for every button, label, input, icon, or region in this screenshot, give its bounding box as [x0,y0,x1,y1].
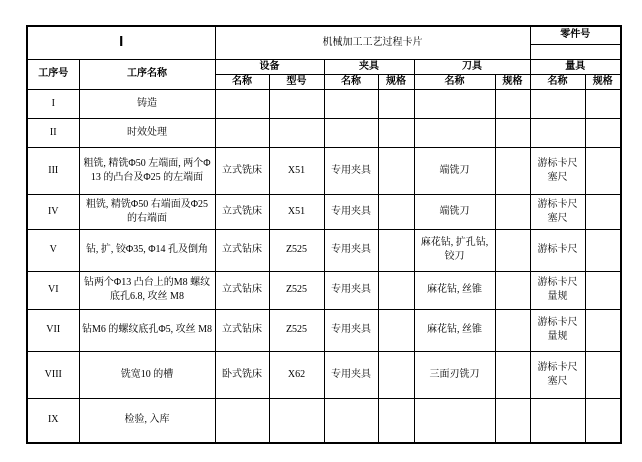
cell-equipment-model: Z525 [269,309,324,351]
cell-gauge-name [530,89,585,118]
cell-equipment-name [215,89,269,118]
cell-fixture-name: 专用夹具 [324,271,378,309]
cell-gauge-name: 游标卡尺 量规 [530,309,585,351]
cell-no: III [27,147,79,194]
cell-tool-name: 三面刃铣刀 [414,351,495,398]
cell-tool-name [414,89,495,118]
col-header-process-no: 工序号 [27,59,79,89]
cell-equipment-name: 卧式铣床 [215,351,269,398]
cell-equipment-model: X62 [269,351,324,398]
cell-equipment-model: Z525 [269,271,324,309]
table-header: I 机械加工工艺过程卡片 零件号 工序号 工序名称 设备 夹具 刀具 量具 名称… [27,26,621,89]
col-header-process-name: 工序名称 [79,59,215,89]
table-row: IX检验, 入库 [27,398,621,443]
cell-fixture-spec [378,351,414,398]
col-group-fixture: 夹具 [324,59,414,74]
cell-name: 检验, 入库 [79,398,215,443]
cell-equipment-name: 立式铣床 [215,194,269,229]
cell-fixture-name: 专用夹具 [324,194,378,229]
cell-tool-spec [495,194,530,229]
cell-gauge-name: 游标卡尺 量规 [530,271,585,309]
cell-fixture-spec [378,89,414,118]
cell-gauge-spec [585,229,621,271]
table-row: VI钻两个Φ13 凸台上的M8 螺纹底孔6.8, 攻丝 M8立式钻床Z525专用… [27,271,621,309]
cell-gauge-name: 游标卡尺 塞尺 [530,147,585,194]
cell-tool-spec [495,398,530,443]
cell-gauge-spec [585,118,621,147]
document-page: I 机械加工工艺过程卡片 零件号 工序号 工序名称 设备 夹具 刀具 量具 名称… [0,0,642,462]
col-group-tool: 刀具 [414,59,530,74]
cell-equipment-model: X51 [269,194,324,229]
cell-gauge-spec [585,194,621,229]
cell-fixture-spec [378,147,414,194]
cell-name: 粗铣, 精铣Φ50 左端面, 两个Φ13 的凸台及Φ25 的左端面 [79,147,215,194]
cell-equipment-model [269,398,324,443]
cell-name: 钻两个Φ13 凸台上的M8 螺纹底孔6.8, 攻丝 M8 [79,271,215,309]
cell-gauge-spec [585,398,621,443]
cell-no: I [27,89,79,118]
cell-name: 粗铣, 精铣Φ50 右端面及Φ25 的右端面 [79,194,215,229]
cell-tool-spec [495,271,530,309]
cell-tool-name: 麻花钻, 扩孔钻, 铰刀 [414,229,495,271]
cell-equipment-name [215,398,269,443]
cell-no: VI [27,271,79,309]
cell-gauge-spec [585,147,621,194]
cell-no: V [27,229,79,271]
table-row: I铸造 [27,89,621,118]
cell-gauge-name: 游标卡尺 [530,229,585,271]
cell-fixture-spec [378,271,414,309]
cell-equipment-name: 立式钻床 [215,309,269,351]
cell-equipment-model [269,89,324,118]
table-row: VIII铣宽10 的槽卧式铣床X62专用夹具三面刃铣刀游标卡尺 塞尺 [27,351,621,398]
cell-tool-spec [495,89,530,118]
column-group-header-row: 工序号 工序名称 设备 夹具 刀具 量具 [27,59,621,74]
cell-equipment-name: 立式铣床 [215,147,269,194]
col-header-tool-name: 名称 [414,74,495,89]
cell-name: 钻, 扩, 铰Φ35, Φ14 孔及倒角 [79,229,215,271]
cell-tool-name: 端铣刀 [414,147,495,194]
cell-equipment-name: 立式钻床 [215,229,269,271]
cell-tool-spec [495,147,530,194]
col-header-fixture-name: 名称 [324,74,378,89]
cell-gauge-spec [585,271,621,309]
page-title: 机械加工工艺过程卡片 [215,26,530,59]
cell-fixture-name: 专用夹具 [324,309,378,351]
col-header-gauge-name: 名称 [530,74,585,89]
cell-tool-spec [495,309,530,351]
part-number-value [530,44,621,59]
table-row: VII钻M6 的螺纹底孔Φ5, 攻丝 M8立式钻床Z525专用夹具麻花钻, 丝锥… [27,309,621,351]
cell-fixture-name [324,398,378,443]
text-cursor-mark: I [119,33,123,50]
cell-fixture-name: 专用夹具 [324,229,378,271]
cell-fixture-name [324,89,378,118]
cell-name: 铸造 [79,89,215,118]
col-header-gauge-spec: 规格 [585,74,621,89]
cell-fixture-name: 专用夹具 [324,147,378,194]
cell-equipment-model [269,118,324,147]
col-header-tool-spec: 规格 [495,74,530,89]
cell-no: II [27,118,79,147]
col-group-equipment: 设备 [215,59,324,74]
title-row: I 机械加工工艺过程卡片 零件号 [27,26,621,44]
cell-gauge-spec [585,351,621,398]
table-row: IV粗铣, 精铣Φ50 右端面及Φ25 的右端面立式铣床X51专用夹具端铣刀游标… [27,194,621,229]
cell-no: VII [27,309,79,351]
cell-tool-name: 端铣刀 [414,194,495,229]
col-header-equipment-model: 型号 [269,74,324,89]
cell-name: 时效处理 [79,118,215,147]
table-row: V钻, 扩, 铰Φ35, Φ14 孔及倒角立式钻床Z525专用夹具麻花钻, 扩孔… [27,229,621,271]
cell-equipment-model: X51 [269,147,324,194]
cell-equipment-name: 立式钻床 [215,271,269,309]
cell-tool-spec [495,229,530,271]
cell-gauge-name: 游标卡尺 塞尺 [530,351,585,398]
cell-tool-spec [495,351,530,398]
cell-gauge-spec [585,309,621,351]
cell-no: VIII [27,351,79,398]
cell-equipment-name [215,118,269,147]
cell-tool-spec [495,118,530,147]
table-body: I铸造II时效处理III粗铣, 精铣Φ50 左端面, 两个Φ13 的凸台及Φ25… [27,89,621,443]
process-card-table: I 机械加工工艺过程卡片 零件号 工序号 工序名称 设备 夹具 刀具 量具 名称… [26,25,622,444]
cell-name: 铣宽10 的槽 [79,351,215,398]
corner-cell: I [27,26,215,59]
cell-name: 钻M6 的螺纹底孔Φ5, 攻丝 M8 [79,309,215,351]
cell-fixture-spec [378,118,414,147]
part-number-label: 零件号 [530,26,621,44]
cell-tool-name: 麻花钻, 丝锥 [414,309,495,351]
cell-no: IX [27,398,79,443]
cell-tool-name: 麻花钻, 丝锥 [414,271,495,309]
cell-gauge-name [530,118,585,147]
cell-tool-name [414,398,495,443]
cell-fixture-spec [378,309,414,351]
cell-fixture-spec [378,194,414,229]
col-header-equipment-name: 名称 [215,74,269,89]
cell-fixture-name: 专用夹具 [324,351,378,398]
cell-gauge-name [530,398,585,443]
cell-gauge-spec [585,89,621,118]
col-header-fixture-spec: 规格 [378,74,414,89]
cell-no: IV [27,194,79,229]
cell-tool-name [414,118,495,147]
cell-gauge-name: 游标卡尺 塞尺 [530,194,585,229]
table-row: III粗铣, 精铣Φ50 左端面, 两个Φ13 的凸台及Φ25 的左端面立式铣床… [27,147,621,194]
cell-fixture-spec [378,229,414,271]
cell-equipment-model: Z525 [269,229,324,271]
col-group-gauge: 量具 [530,59,621,74]
cell-fixture-spec [378,398,414,443]
cell-fixture-name [324,118,378,147]
table-row: II时效处理 [27,118,621,147]
